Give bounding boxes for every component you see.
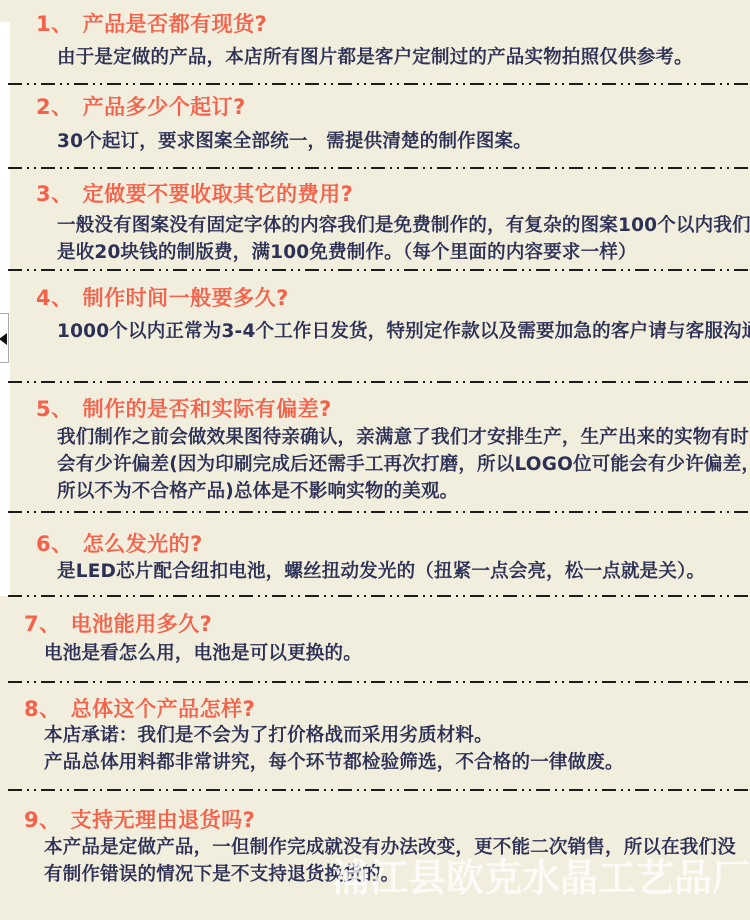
section-divider — [8, 595, 750, 597]
question-text: 定做要不要收取其它的费用? — [83, 182, 354, 206]
faq-question-6: 6、怎么发光的? — [36, 532, 203, 556]
answer-line: 本店承诺：我们是不会为了打价格战而采用劣质材料。 — [44, 722, 624, 749]
faq-page: 1、产品是否都有现货? 由于是定做的产品，本店所有图片都是客户定制过的产品实物拍… — [0, 0, 750, 920]
answer-line: 是LED芯片配合纽扣电池，螺丝扭动发光的（扭紧一点会亮，松一点就是关）。 — [57, 558, 705, 585]
answer-line: 所以不为不合格产品)总体是不影响实物的美观。 — [57, 478, 750, 505]
answer-line: 一般没有图案没有固定字体的内容我们是免费制作的，有复杂的图案100个以内我们 — [57, 212, 750, 239]
faq-answer-8: 本店承诺：我们是不会为了打价格战而采用劣质材料。 产品总体用料都非常讲究，每个环… — [44, 722, 624, 776]
question-number: 9、 — [24, 808, 61, 832]
answer-line: 会有少许偏差(因为印刷完成后还需手工再次打磨，所以LOGO位可能会有少许偏差， — [57, 451, 750, 478]
answer-line: 1000个以内正常为3-4个工作日发货，特别定作款以及需要加急的客户请与客服沟通 — [57, 318, 750, 345]
question-number: 4、 — [36, 286, 73, 310]
faq-question-5: 5、制作的是否和实际有偏差? — [36, 397, 332, 421]
section-divider — [8, 511, 750, 513]
question-text: 怎么发光的? — [83, 532, 203, 556]
section-divider — [8, 167, 750, 169]
section-divider — [8, 681, 750, 683]
left-arrow-icon — [0, 333, 7, 345]
watermark: 浦江县欧克水晶工艺品厂 — [332, 856, 750, 900]
question-number: 3、 — [36, 182, 73, 206]
question-number: 1、 — [36, 12, 73, 36]
question-number: 6、 — [36, 532, 73, 556]
section-divider — [8, 269, 750, 271]
question-number: 2、 — [36, 95, 73, 119]
question-number: 5、 — [36, 397, 73, 421]
answer-line: 我们制作之前会做效果图待亲确认，亲满意了我们才安排生产，生产出来的实物有时 — [57, 424, 750, 451]
question-text: 制作时间一般要多久? — [83, 286, 289, 310]
question-number: 7、 — [24, 612, 61, 636]
faq-question-9: 9、支持无理由退货吗? — [24, 808, 255, 832]
answer-line: 由于是定做的产品，本店所有图片都是客户定制过的产品实物拍照仅供参考。 — [57, 44, 693, 71]
question-text: 总体这个产品怎样? — [71, 697, 256, 721]
question-text: 支持无理由退货吗? — [71, 808, 256, 832]
faq-answer-5: 我们制作之前会做效果图待亲确认，亲满意了我们才安排生产，生产出来的实物有时 会有… — [57, 424, 750, 505]
faq-answer-4: 1000个以内正常为3-4个工作日发货，特别定作款以及需要加急的客户请与客服沟通 — [57, 318, 750, 345]
question-text: 产品是否都有现货? — [83, 12, 268, 36]
question-number: 8、 — [24, 697, 61, 721]
left-edge-widget[interactable] — [0, 313, 9, 363]
answer-line: 电池是看怎么用，电池是可以更换的。 — [44, 640, 362, 667]
question-text: 产品多少个起订? — [83, 95, 246, 119]
question-text: 制作的是否和实际有偏差? — [83, 397, 332, 421]
faq-question-2: 2、产品多少个起订? — [36, 95, 246, 119]
answer-line: 是收20块钱的制版费，满100免费制作。（每个里面的内容要求一样） — [57, 239, 750, 266]
faq-answer-7: 电池是看怎么用，电池是可以更换的。 — [44, 640, 362, 667]
faq-question-8: 8、总体这个产品怎样? — [24, 697, 255, 721]
section-divider — [8, 83, 750, 85]
faq-answer-1: 由于是定做的产品，本店所有图片都是客户定制过的产品实物拍照仅供参考。 — [57, 44, 693, 71]
section-divider — [8, 789, 750, 791]
section-divider — [8, 381, 750, 383]
faq-answer-3: 一般没有图案没有固定字体的内容我们是免费制作的，有复杂的图案100个以内我们 是… — [57, 212, 750, 266]
faq-question-7: 7、电池能用多久? — [24, 612, 212, 636]
faq-answer-6: 是LED芯片配合纽扣电池，螺丝扭动发光的（扭紧一点会亮，松一点就是关）。 — [57, 558, 705, 585]
page-left-margin — [0, 22, 10, 596]
question-text: 电池能用多久? — [71, 612, 213, 636]
answer-line: 产品总体用料都非常讲究，每个环节都检验筛选，不合格的一律做废。 — [44, 749, 624, 776]
faq-question-1: 1、产品是否都有现货? — [36, 12, 267, 36]
faq-answer-2: 30个起订，要求图案全部统一，需提供清楚的制作图案。 — [57, 128, 532, 155]
faq-question-3: 3、定做要不要收取其它的费用? — [36, 182, 353, 206]
faq-question-4: 4、制作时间一般要多久? — [36, 286, 289, 310]
answer-line: 30个起订，要求图案全部统一，需提供清楚的制作图案。 — [57, 128, 532, 155]
